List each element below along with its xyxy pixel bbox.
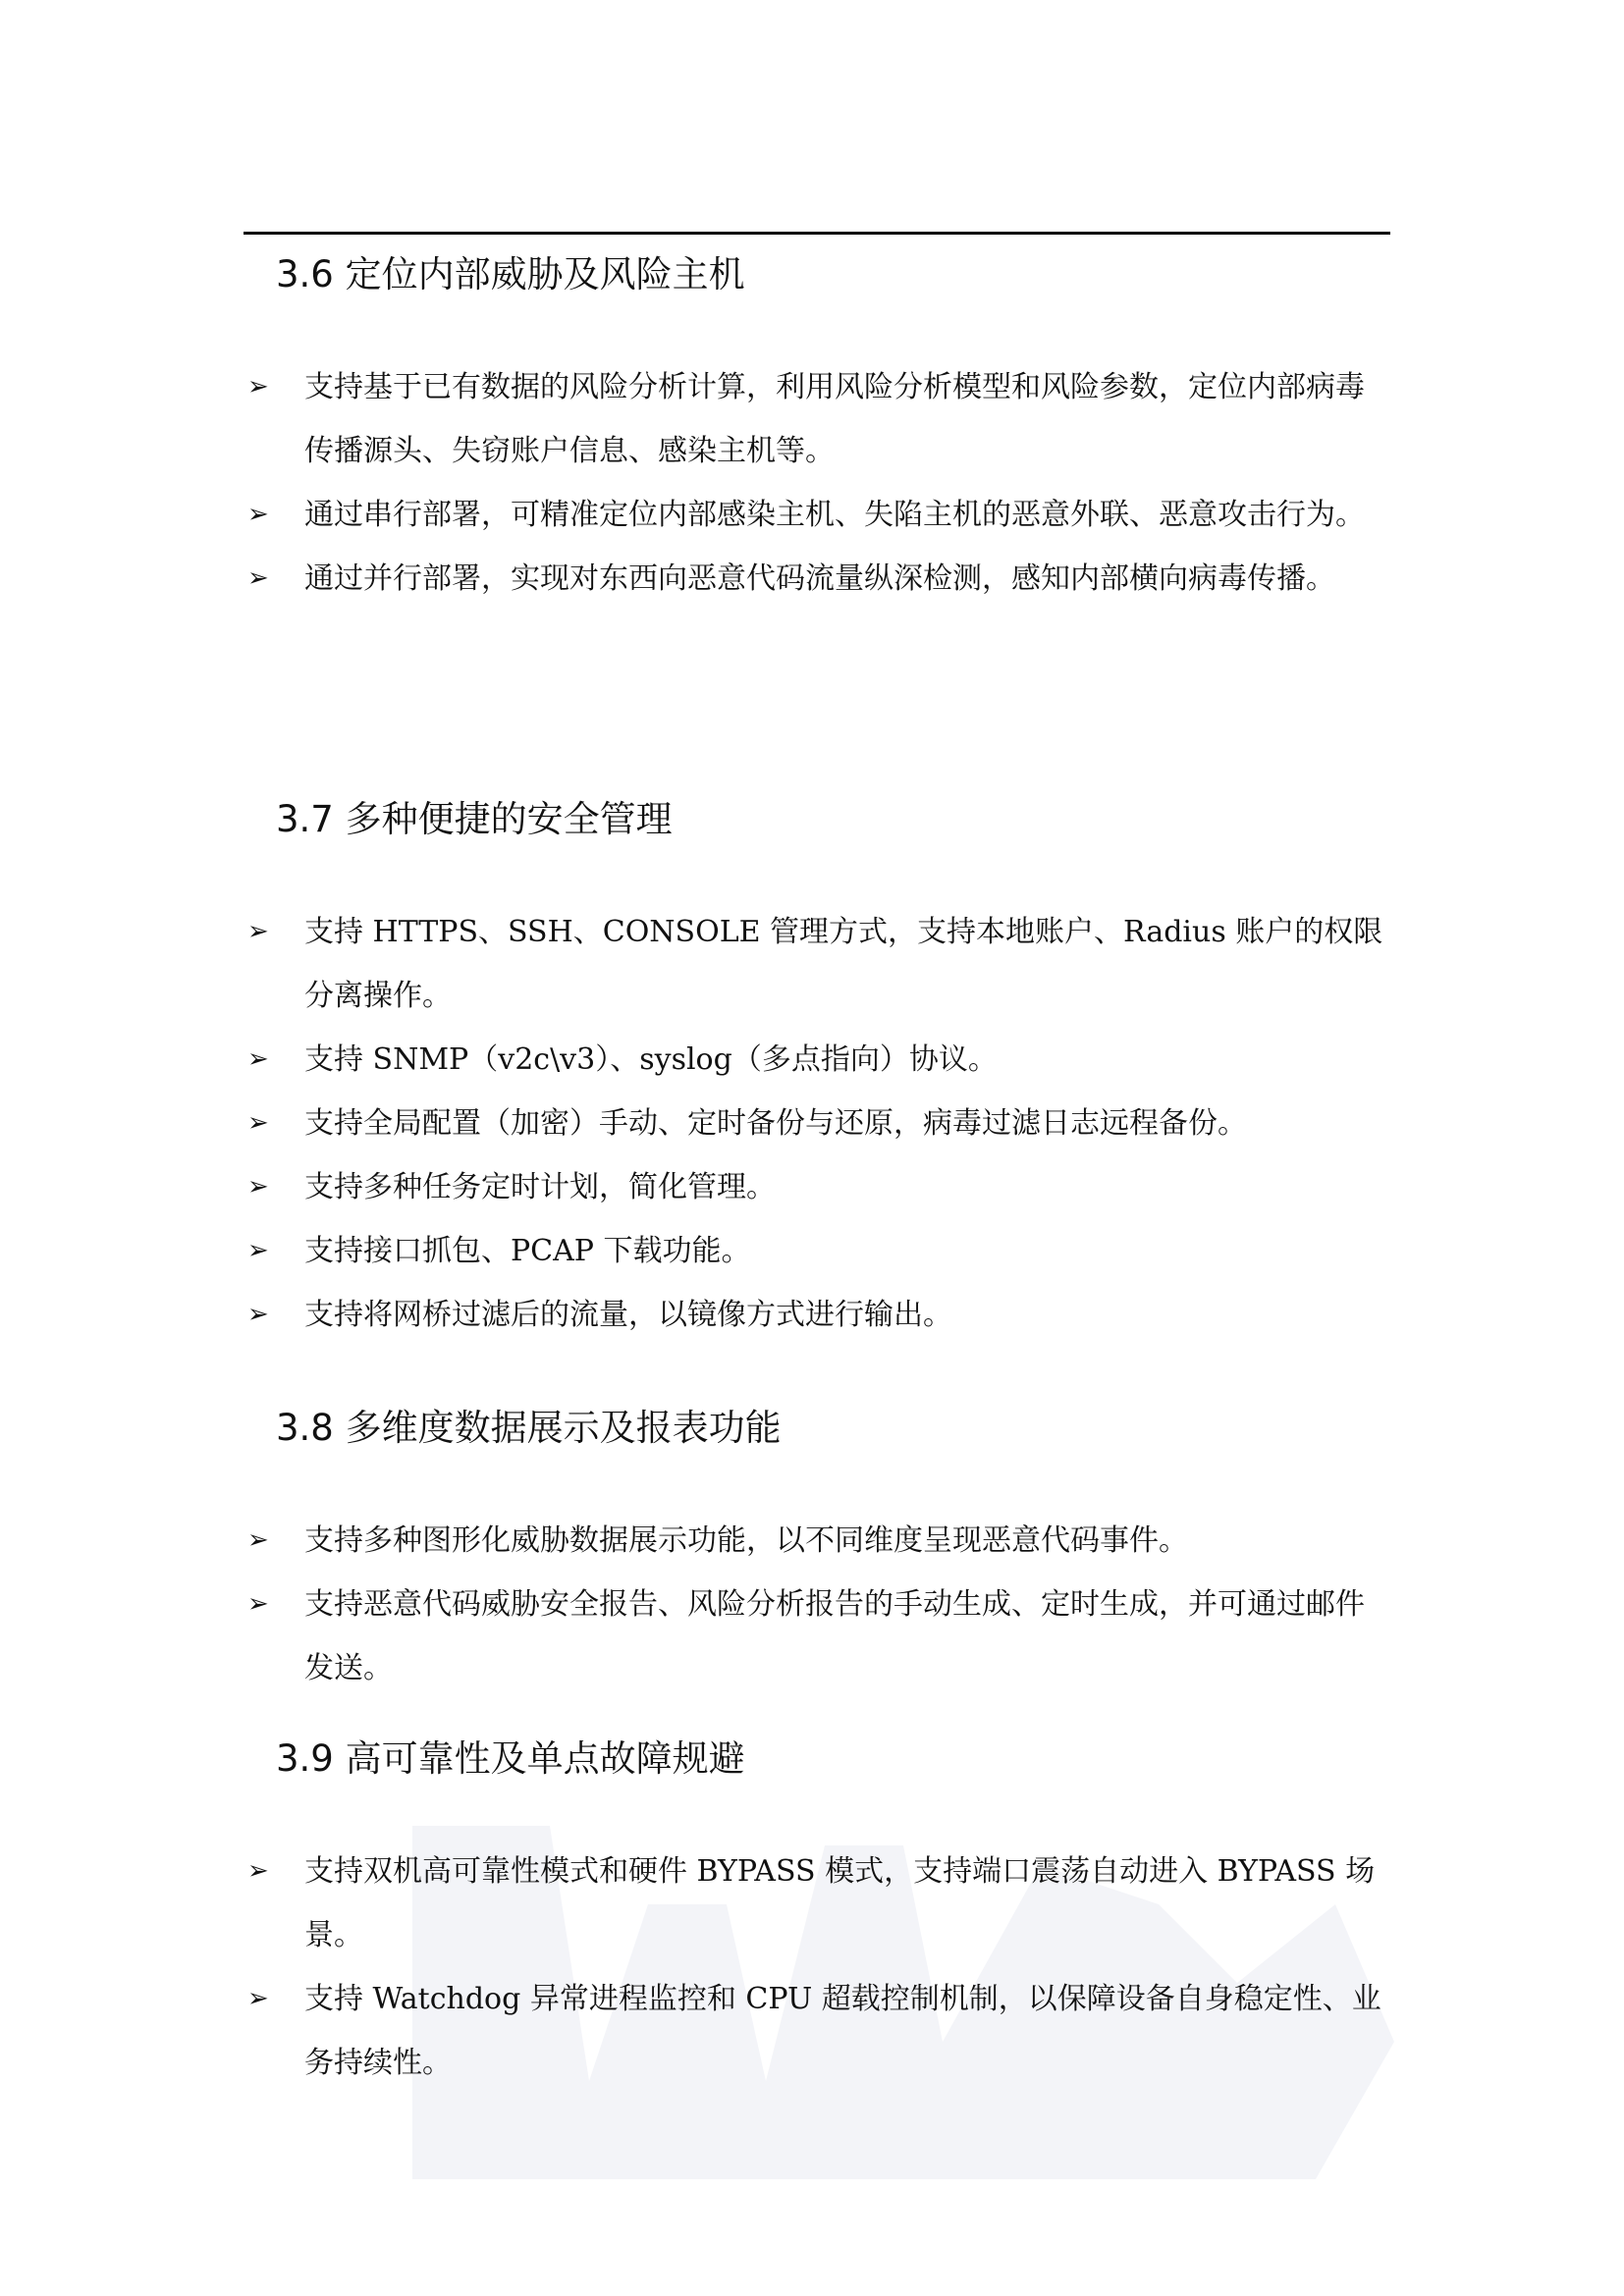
- list-item: ➢支持恶意代码威胁安全报告、风险分析报告的手动生成、定时生成，并可通过邮件发送。: [244, 1573, 1390, 1700]
- arrow-bullet-icon: ➢: [247, 355, 269, 419]
- arrow-bullet-icon: ➢: [247, 1283, 269, 1347]
- arrow-bullet-icon: ➢: [247, 1509, 269, 1573]
- arrow-bullet-icon: ➢: [247, 1840, 269, 1903]
- section-3-8: 3.8 多维度数据展示及报表功能 ➢支持多种图形化威胁数据展示功能，以不同维度呈…: [244, 1399, 1390, 1700]
- section-3-7: 3.7 多种便捷的安全管理 ➢支持 HTTPS、SSH、CONSOLE 管理方式…: [244, 790, 1390, 1347]
- arrow-bullet-icon: ➢: [247, 1028, 269, 1092]
- section-heading: 3.9 高可靠性及单点故障规避: [244, 1730, 1390, 1789]
- arrow-bullet-icon: ➢: [247, 1967, 269, 2031]
- section-heading: 3.8 多维度数据展示及报表功能: [244, 1399, 1390, 1458]
- arrow-bullet-icon: ➢: [247, 1219, 269, 1283]
- list-item: ➢通过并行部署，实现对东西向恶意代码流量纵深检测，感知内部横向病毒传播。: [244, 547, 1390, 611]
- list-item: ➢支持全局配置（加密）手动、定时备份与还原，病毒过滤日志远程备份。: [244, 1092, 1390, 1155]
- list-item: ➢通过串行部署，可精准定位内部感染主机、失陷主机的恶意外联、恶意攻击行为。: [244, 483, 1390, 547]
- section-3-9: 3.9 高可靠性及单点故障规避 ➢支持双机高可靠性模式和硬件 BYPASS 模式…: [244, 1730, 1390, 2095]
- section-heading: 3.6 定位内部威胁及风险主机: [244, 245, 1390, 304]
- arrow-bullet-icon: ➢: [247, 1092, 269, 1155]
- list-item: ➢支持将网桥过滤后的流量，以镜像方式进行输出。: [244, 1283, 1390, 1347]
- list-item: ➢支持 HTTPS、SSH、CONSOLE 管理方式，支持本地账户、Radius…: [244, 900, 1390, 1028]
- list-item: ➢支持 SNMP（v2c\v3）、syslog（多点指向）协议。: [244, 1028, 1390, 1092]
- section-3-6: 3.6 定位内部威胁及风险主机 ➢支持基于已有数据的风险分析计算，利用风险分析模…: [244, 245, 1390, 611]
- list-item: ➢支持基于已有数据的风险分析计算，利用风险分析模型和风险参数，定位内部病毒传播源…: [244, 355, 1390, 483]
- list-item: ➢支持 Watchdog 异常进程监控和 CPU 超载控制机制，以保障设备自身稳…: [244, 1967, 1390, 2095]
- arrow-bullet-icon: ➢: [247, 900, 269, 964]
- list-item: ➢支持双机高可靠性模式和硬件 BYPASS 模式，支持端口震荡自动进入 BYPA…: [244, 1840, 1390, 1967]
- arrow-bullet-icon: ➢: [247, 547, 269, 611]
- arrow-bullet-icon: ➢: [247, 1573, 269, 1636]
- arrow-bullet-icon: ➢: [247, 1155, 269, 1219]
- section-heading: 3.7 多种便捷的安全管理: [244, 790, 1390, 849]
- list-item: ➢支持多种图形化威胁数据展示功能，以不同维度呈现恶意代码事件。: [244, 1509, 1390, 1573]
- header-rule: [244, 232, 1390, 235]
- arrow-bullet-icon: ➢: [247, 483, 269, 547]
- list-item: ➢支持接口抓包、PCAP 下载功能。: [244, 1219, 1390, 1283]
- list-item: ➢支持多种任务定时计划，简化管理。: [244, 1155, 1390, 1219]
